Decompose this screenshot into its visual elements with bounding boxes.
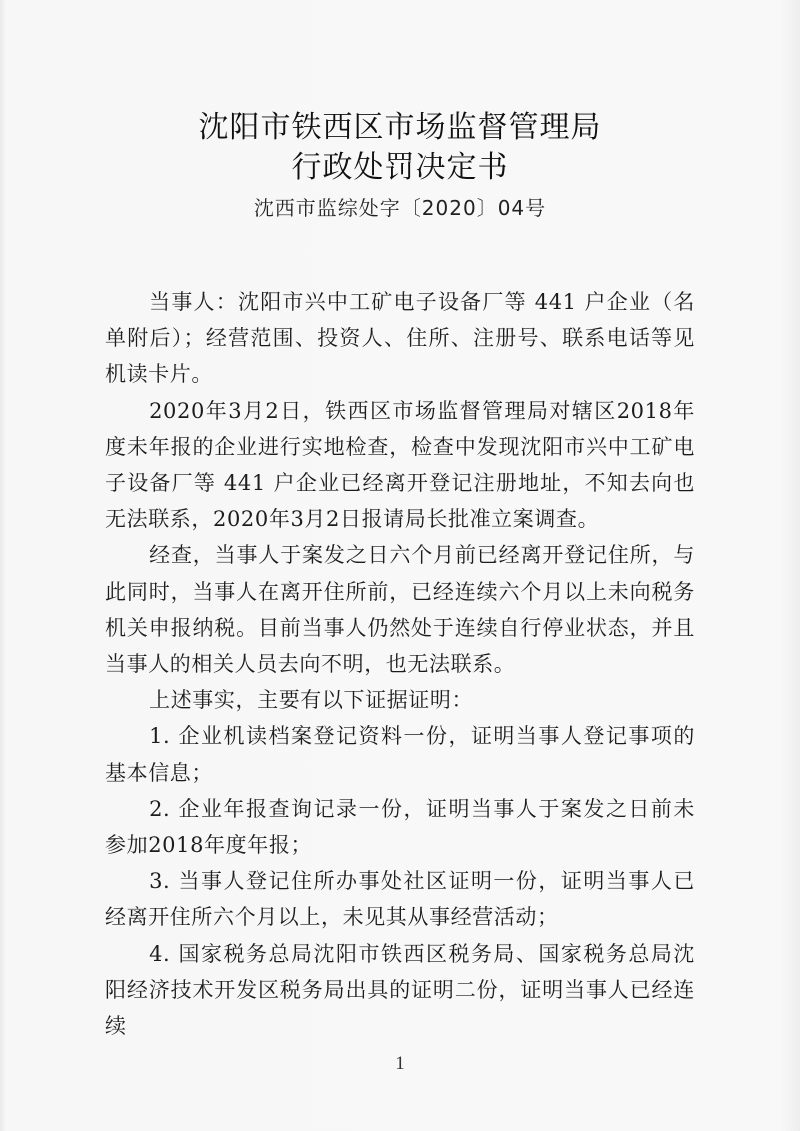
paragraph-findings: 经查，当事人于案发之日六个月前已经离开登记住所，与此同时，当事人在离开住所前，已…: [105, 537, 695, 682]
evidence-item-3: 3. 当事人登记住所办事处社区证明一份，证明当事人已经离开住所六个月以上，未见其…: [105, 863, 695, 935]
evidence-item-1: 1. 企业机读档案登记资料一份，证明当事人登记事项的基本信息；: [105, 718, 695, 790]
document-number: 沈西市监综处字〔2020〕04号: [0, 194, 800, 222]
document-title-agency: 沈阳市铁西区市场监督管理局: [0, 108, 800, 148]
paragraph-inspection: 2020年3月2日，铁西区市场监督管理局对辖区2018年度未年报的企业进行实地检…: [105, 393, 695, 538]
paragraph-evidence-intro: 上述事实，主要有以下证据证明：: [105, 682, 695, 718]
document-body: 当事人：沈阳市兴中工矿电子设备厂等 441 户企业（名单附后）；经营范围、投资人…: [105, 284, 695, 1044]
evidence-item-2: 2. 企业年报查询记录一份，证明当事人于案发之日前未参加2018年度年报；: [105, 791, 695, 863]
document-page: 沈阳市铁西区市场监督管理局 行政处罚决定书 沈西市监综处字〔2020〕04号 当…: [0, 0, 800, 1131]
document-title-type: 行政处罚决定书: [0, 148, 800, 188]
paragraph-party: 当事人：沈阳市兴中工矿电子设备厂等 441 户企业（名单附后）；经营范围、投资人…: [105, 284, 695, 393]
page-number: 1: [0, 1052, 800, 1076]
evidence-item-4: 4. 国家税务总局沈阳市铁西区税务局、国家税务总局沈阳经济技术开发区税务局出具的…: [105, 936, 695, 1045]
